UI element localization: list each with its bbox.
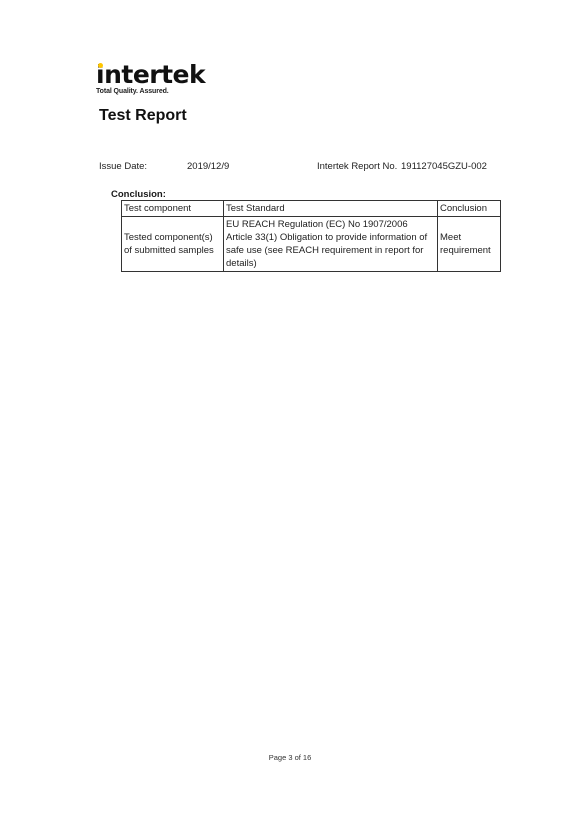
table-row: Tested component(s) of submitted samples… (122, 217, 501, 272)
header-test-standard: Test Standard (224, 201, 438, 217)
cell-result: Meet requirement (438, 217, 501, 272)
report-no-value: 191127045GZU-002 (401, 161, 487, 172)
logo-text: intertek (96, 60, 205, 89)
table-header-row: Test component Test Standard Conclusion (122, 201, 501, 217)
issue-date-value: 2019/12/9 (187, 161, 229, 172)
conclusion-table: Test component Test Standard Conclusion … (121, 200, 501, 272)
page-title: Test Report (99, 107, 187, 125)
intertek-logo: intertek Total Quality. Assured. (96, 62, 205, 95)
logo-tagline: Total Quality. Assured. (96, 88, 205, 95)
cell-component: Tested component(s) of submitted samples (122, 217, 224, 272)
issue-date-label: Issue Date: (99, 161, 147, 172)
page-number: Page 3 of 16 (0, 753, 580, 762)
conclusion-heading: Conclusion: (111, 189, 166, 200)
logo-accent-dot (98, 63, 103, 68)
cell-standard: EU REACH Regulation (EC) No 1907/2006 Ar… (224, 217, 438, 272)
logo-wordmark: intertek (96, 62, 205, 88)
report-no-label: Intertek Report No. (317, 161, 397, 172)
header-conclusion: Conclusion (438, 201, 501, 217)
header-test-component: Test component (122, 201, 224, 217)
